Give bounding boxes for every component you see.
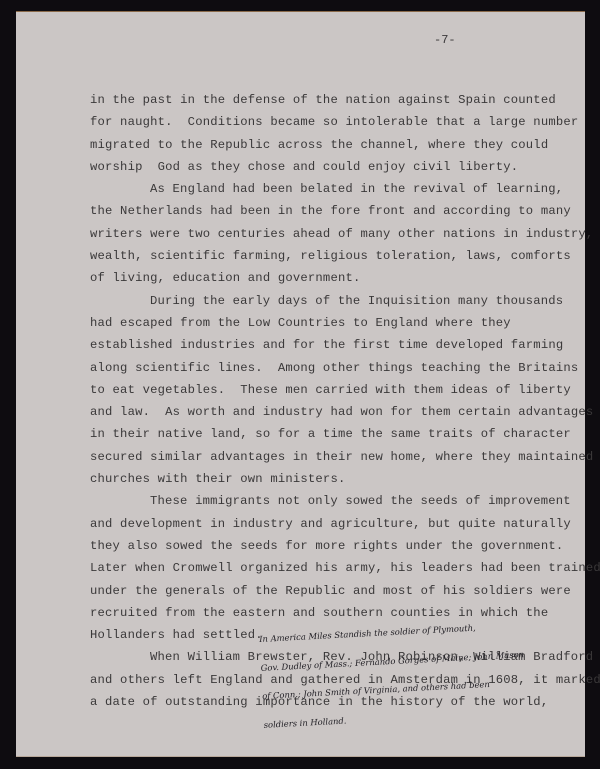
text-line: established industries and for the first… xyxy=(90,334,560,356)
text-line: in their native land, so for a time the … xyxy=(90,423,560,445)
text-line: of living, education and government. xyxy=(90,267,560,289)
page-number: -7- xyxy=(434,33,456,47)
text-line: along scientific lines. Among other thin… xyxy=(90,357,560,379)
text-line: wealth, scientific farming, religious to… xyxy=(90,245,560,267)
paragraph-start-line: As England had been belated in the reviv… xyxy=(90,178,560,200)
handwritten-annotation: In America Miles Standish the soldier of… xyxy=(258,600,565,749)
text-line: secured similar advantages in their new … xyxy=(90,446,560,468)
paragraph-start-line: These immigrants not only sowed the seed… xyxy=(90,490,560,512)
paragraph-start-line: During the early days of the Inquisition… xyxy=(90,290,560,312)
text-line: and law. As worth and industry had won f… xyxy=(90,401,560,423)
text-line: for naught. Conditions became so intoler… xyxy=(90,111,560,133)
text-line: in the past in the defense of the nation… xyxy=(90,89,560,111)
text-line: they also sowed the seeds for more right… xyxy=(90,535,560,557)
text-line: had escaped from the Low Countries to En… xyxy=(90,312,560,334)
handwritten-line: Gov. Dudley of Mass.; Fernando Gorges of… xyxy=(260,648,560,673)
text-line: and development in industry and agricult… xyxy=(90,513,560,535)
text-line: writers were two centuries ahead of many… xyxy=(90,223,560,245)
text-line: worship God as they chose and could enjo… xyxy=(90,156,560,178)
scanned-page: -7- in the past in the defense of the na… xyxy=(0,0,600,769)
handwritten-line: of Conn.; John Smith of Virginia, and ot… xyxy=(262,676,562,701)
text-line: to eat vegetables. These men carried wit… xyxy=(90,379,560,401)
handwritten-line: soldiers in Holland. xyxy=(263,705,563,730)
text-line: churches with their own ministers. xyxy=(90,468,560,490)
text-line: the Netherlands had been in the fore fro… xyxy=(90,200,560,222)
text-line: Later when Cromwell organized his army, … xyxy=(90,557,560,579)
handwritten-line: In America Miles Standish the soldier of… xyxy=(259,619,559,644)
text-line: migrated to the Republic across the chan… xyxy=(90,134,560,156)
text-line: under the generals of the Republic and m… xyxy=(90,580,560,602)
